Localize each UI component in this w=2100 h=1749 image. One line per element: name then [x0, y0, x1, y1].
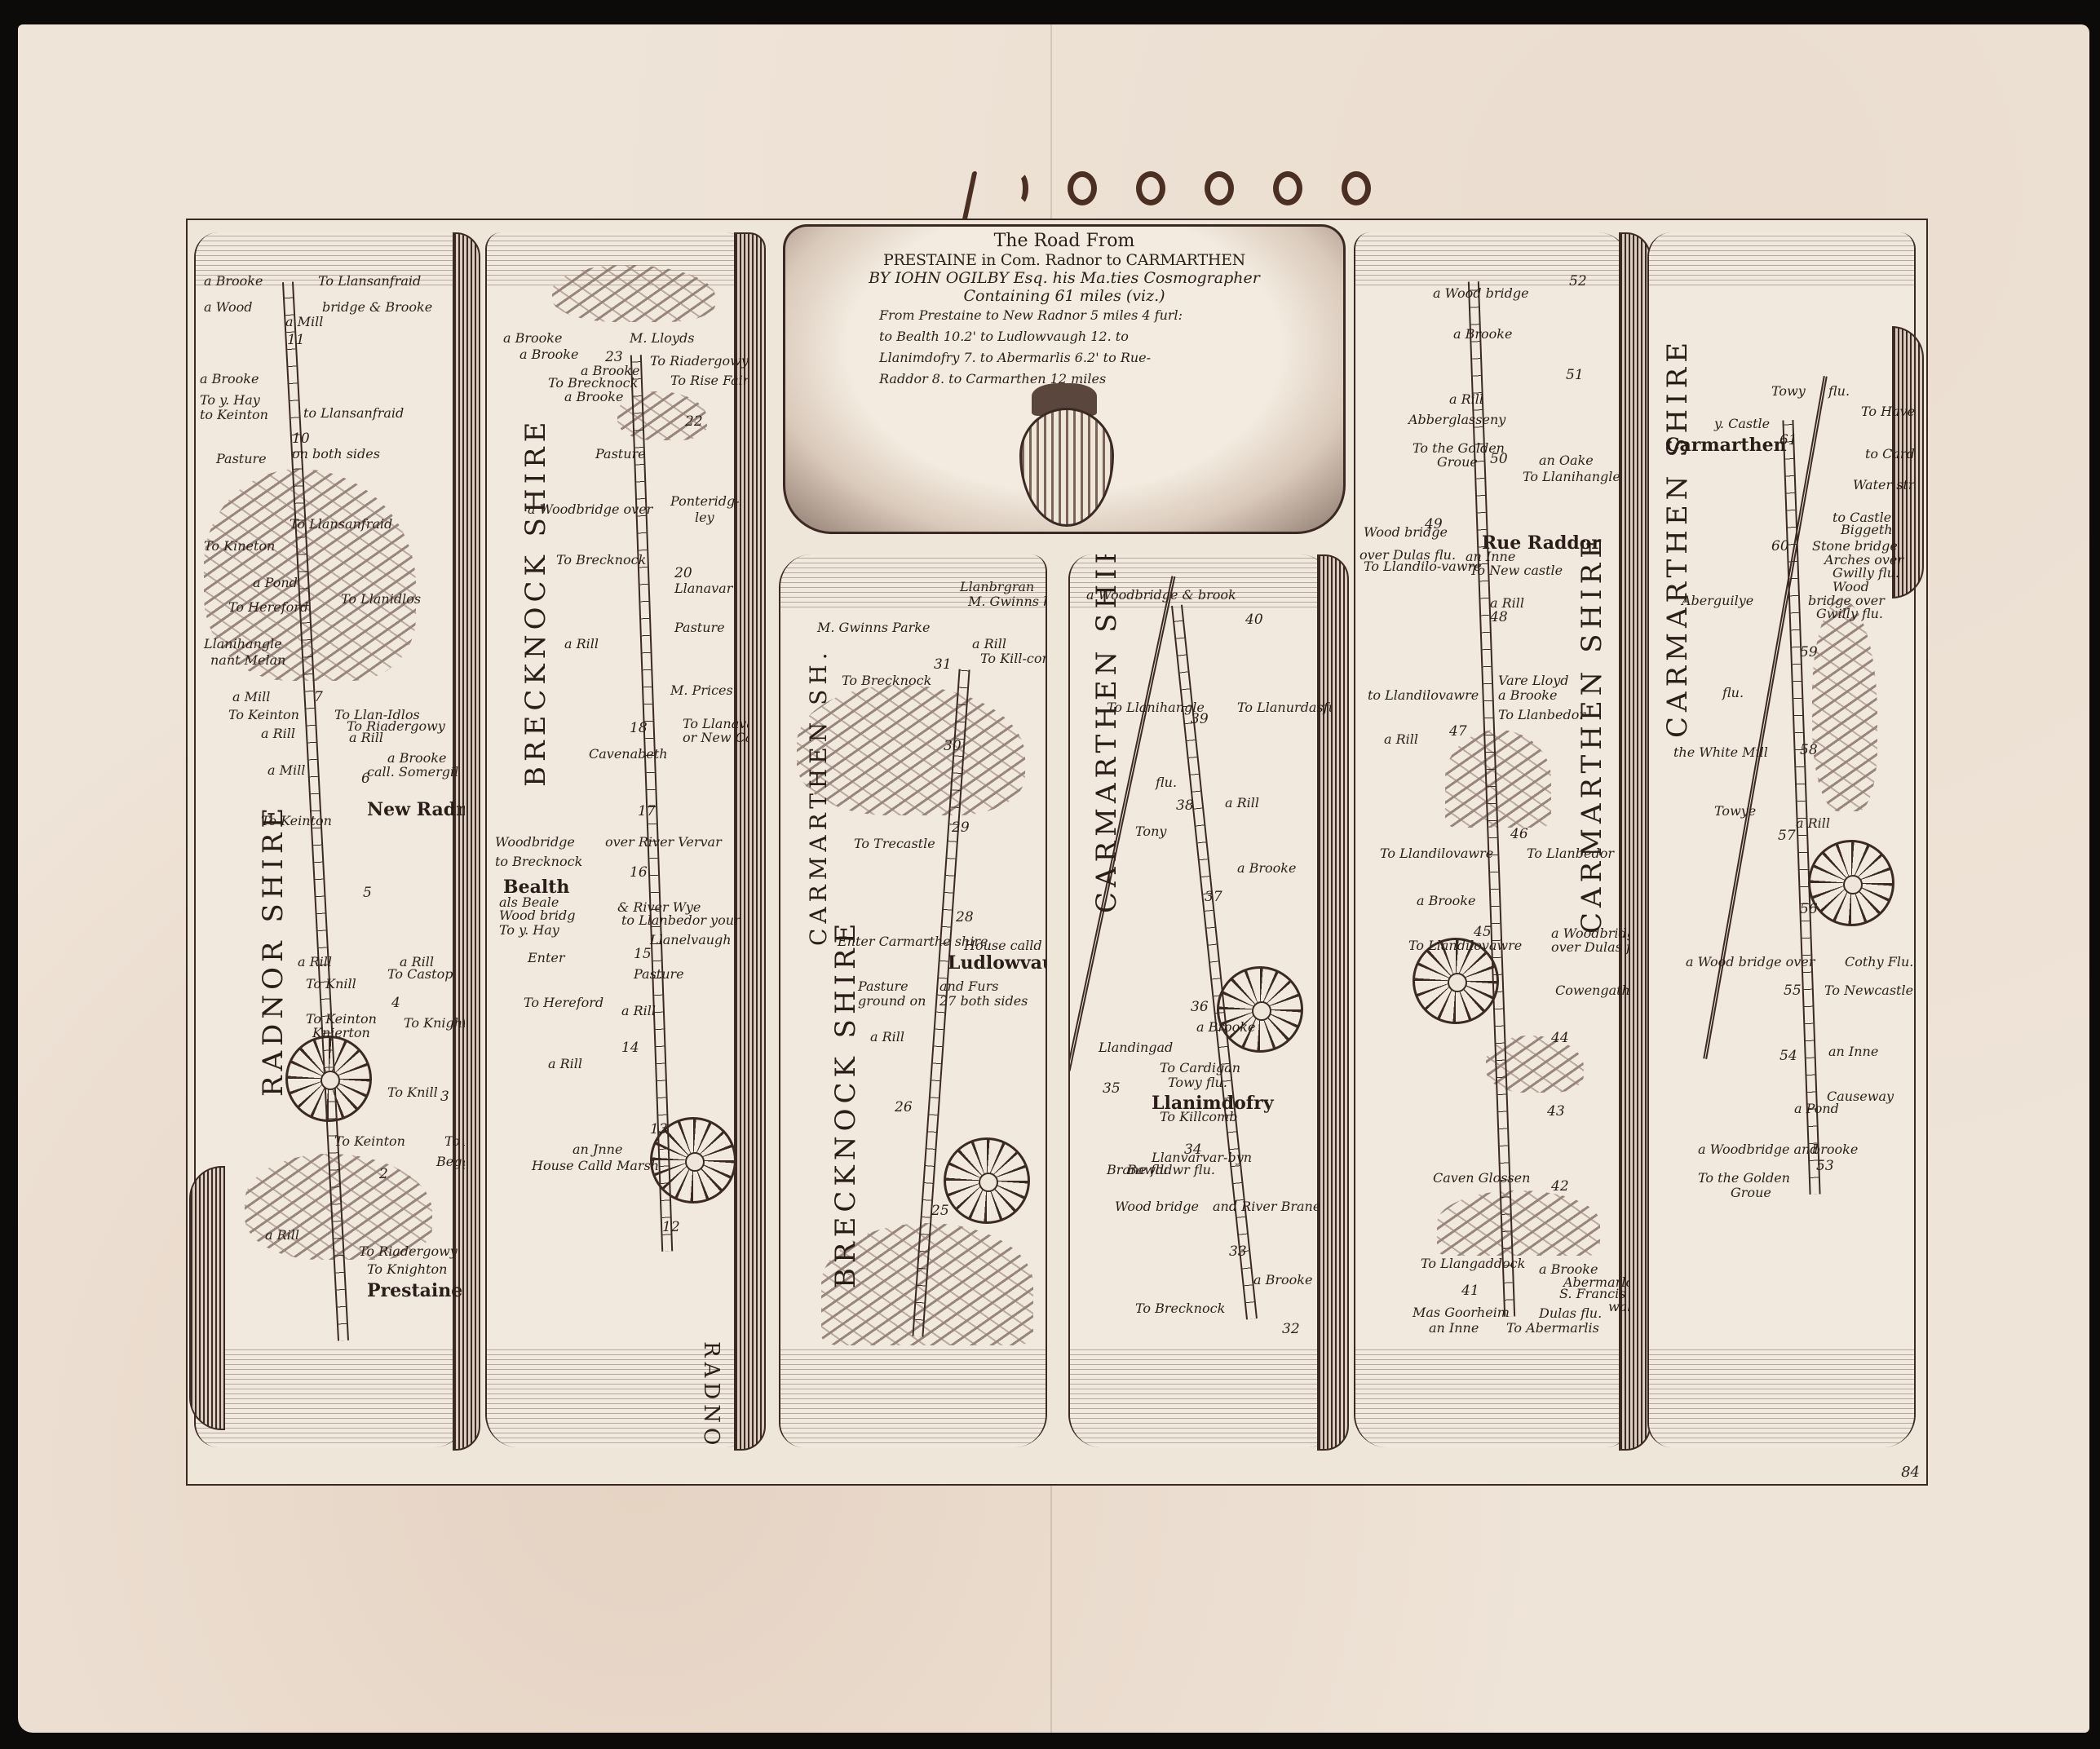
place-label: a Wood bridge [1433, 285, 1529, 301]
mile-marker: 52 [1569, 273, 1587, 289]
town-label: New Radnor [367, 799, 466, 820]
place-label: Cowengathbury [1555, 983, 1630, 998]
place-label: Enter [528, 950, 565, 965]
road-strip-6: CARMARTHEN SHIRE Towyflu.To Haver fordy.… [1647, 232, 1916, 1447]
place-label: To Kill-comb [980, 651, 1047, 666]
place-label: To y. Hay [200, 392, 260, 408]
mile-marker: 4 [391, 995, 400, 1011]
place-label: over River Vervar [605, 834, 722, 850]
place-label: a Woodbridge & brook [1086, 587, 1236, 603]
place-label: House calld [964, 938, 1042, 953]
place-label: 27 both sides [939, 993, 1028, 1009]
compass-rose-icon [944, 1137, 1030, 1224]
place-label: Mas Goorheim [1413, 1305, 1510, 1320]
place-label: a Rill [972, 636, 1006, 651]
place-label: a Brooke [1498, 687, 1557, 703]
place-label: To Killcomb [1160, 1109, 1237, 1124]
length-line: Containing 61 miles (viz.) [864, 287, 1264, 305]
place-label: Towy [1771, 383, 1806, 399]
place-label: To Knill [306, 976, 356, 992]
place-label: To Knill [387, 1084, 438, 1100]
place-label: a Mill [285, 314, 323, 329]
place-label: To Riadergowy [650, 353, 749, 369]
place-label: Aberguilye [1682, 593, 1753, 608]
place-label: flu. [1156, 775, 1177, 790]
mile-marker: 5 [363, 885, 372, 901]
place-label: nant Melan [210, 652, 285, 668]
mile-marker: 58 [1800, 742, 1818, 758]
mile-marker: 59 [1800, 644, 1818, 660]
place-label: a Rill [349, 730, 383, 745]
place-label: To Knighton [444, 1133, 466, 1149]
place-label: Groue [1731, 1185, 1771, 1200]
place-label: To Llanihangle [1523, 469, 1620, 484]
place-label: To Trecastle [854, 836, 935, 851]
mile-marker: 60 [1771, 538, 1789, 554]
place-label: a Brooke [503, 330, 562, 346]
title-cartouche: The Road From PRESTAINE in Com. Radnor t… [783, 224, 1346, 534]
mile-marker: 55 [1784, 983, 1802, 999]
road-strip-2: BRECKNOCK SHIRE RADNOR a Brookea BrookeM… [485, 232, 749, 1447]
place-label: To Rise Fair [670, 373, 749, 388]
place-label: on both sides [292, 446, 380, 462]
place-label: and Furs [939, 978, 998, 994]
mile-marker: 15 [634, 946, 652, 962]
ink-stain [1136, 171, 1165, 205]
ink-stain [1068, 171, 1097, 205]
mile-marker: 13 [650, 1121, 668, 1137]
place-label: Dulas flu. [1539, 1305, 1602, 1321]
place-label: Pasture [858, 978, 909, 994]
place-label: Towye [1714, 803, 1756, 819]
place-label: To Llanbedor [1498, 707, 1585, 722]
place-label: a Woodbridge and [1698, 1142, 1819, 1157]
place-label: a Wood [204, 299, 253, 315]
place-label: Pasture [216, 451, 267, 466]
mile-marker: 22 [685, 413, 703, 430]
place-label: To Knighton [367, 1261, 447, 1277]
road-line [1782, 420, 1820, 1195]
place-label: a Rill [1796, 815, 1830, 831]
mile-marker: 11 [287, 332, 305, 348]
place-label: To Llangaddock [1421, 1256, 1525, 1271]
mile-marker: 16 [630, 864, 648, 881]
mile-marker: 39 [1191, 711, 1209, 727]
title-line-1: The Road From [864, 231, 1264, 251]
place-label: M. Gwinns Parke [817, 620, 930, 635]
place-label: Wood bridg [499, 908, 575, 923]
place-label: To the Golden [1698, 1170, 1790, 1186]
place-label: over Dulas flu. [1551, 939, 1630, 955]
road-strip-3: BRECKNOCK SHIRE CARMARTHEN SH. Llanbrgra… [779, 554, 1047, 1447]
county-name-secondary: CARMARTHEN SH. [805, 647, 832, 946]
mile-marker: 48 [1490, 609, 1508, 625]
scroll-curl [734, 232, 766, 1451]
place-label: a Brooke [204, 273, 263, 289]
author-line: BY IOHN OGILBY Esq. his Ma.ties Cosmogra… [864, 269, 1264, 287]
scroll-curl [1619, 232, 1651, 1451]
place-label: y. Castle [1714, 416, 1770, 431]
place-label: or New Castle [683, 730, 749, 745]
place-label: a Rill [261, 726, 295, 741]
place-label: to Llansanfraid [303, 405, 404, 421]
place-label: To Hereford [524, 995, 603, 1010]
place-label: To Brecknock [1135, 1301, 1225, 1316]
place-label: Pasture [634, 966, 684, 982]
road-strip-4: CARMARTHEN SHIRE a Woodbridge & brook40T… [1068, 554, 1333, 1447]
place-label: wallis [1608, 1299, 1630, 1314]
mile-marker: 20 [674, 565, 692, 581]
place-label: Tony [1135, 824, 1166, 839]
place-label: To Keinton [261, 813, 332, 828]
place-label: House Calld Marsh [532, 1158, 659, 1173]
place-label: and River Brane [1213, 1199, 1320, 1214]
place-label: To Llansanfraid [318, 273, 421, 289]
place-label: Cavenabeth [589, 746, 668, 762]
place-label: Pasture [674, 620, 725, 635]
scroll-curl [1317, 554, 1349, 1451]
mile-marker: 44 [1551, 1030, 1569, 1046]
place-label: a Pond [253, 575, 298, 590]
ink-stain [1205, 171, 1234, 205]
place-label: To Knighton [404, 1015, 466, 1031]
place-label: a Mill [267, 762, 305, 778]
hills-icon [552, 265, 715, 322]
place-label: a Rill [564, 636, 599, 651]
place-label: a Rill [621, 1003, 656, 1018]
place-label: Abberglasseny [1408, 412, 1505, 427]
place-label: To Haver ford [1861, 404, 1916, 419]
place-label: To Llanbedor [1527, 846, 1614, 861]
place-label: To Hereford [228, 599, 308, 615]
plate-number: 84 [1901, 1464, 1920, 1481]
itinerary-line: Llanimdofry 7. to Abermarlis 6.2' to Rue… [864, 347, 1264, 369]
place-label: ground on [858, 993, 926, 1009]
compass-rose-icon [1217, 966, 1303, 1053]
county-name: BRECKNOCK SHIRE [829, 919, 862, 1288]
mile-marker: 56 [1800, 901, 1818, 917]
place-label: Beggers bush [436, 1154, 466, 1169]
road-strip-5: CARMARTHEN SHIRE 52a Wood bridgea Brooke… [1354, 232, 1630, 1447]
place-label: To Brecknock [556, 552, 646, 568]
place-label: Pasture [595, 446, 646, 462]
place-label: a Brooke [1453, 326, 1512, 342]
county-name: CARMARTHEN SHIRE [1576, 533, 1608, 934]
place-label: M. Prices [670, 682, 733, 698]
place-label: a Rill [870, 1029, 904, 1045]
place-label: Llanavar [674, 581, 732, 596]
mile-marker: 34 [1184, 1142, 1202, 1158]
place-label: Biggeth [1841, 522, 1893, 537]
mile-marker: 28 [956, 909, 974, 925]
place-label: to Keinton [200, 407, 268, 422]
place-label: Woodbridge [495, 834, 575, 850]
itinerary-line: to Bealth 10.2' to Ludlowvaugh 12. to [864, 326, 1264, 347]
place-label: Caven Glossen [1433, 1170, 1530, 1186]
place-label: To Brecknock [842, 673, 931, 688]
county-name: CARMARTHEN SHIRE [1661, 338, 1694, 738]
place-label: To Abermarlis [1506, 1320, 1599, 1336]
place-label: to Llanbedor your [621, 912, 741, 928]
mile-marker: 35 [1103, 1080, 1121, 1097]
mile-marker: 57 [1778, 828, 1796, 844]
place-label: a Rill [1384, 731, 1418, 747]
mile-marker: 31 [934, 656, 952, 673]
place-label: flu. [1722, 685, 1744, 700]
place-label: Vare Lloyd [1498, 673, 1568, 688]
mile-marker: 3 [440, 1089, 449, 1105]
place-label: Wood bridge [1115, 1199, 1199, 1214]
hills-icon [1812, 599, 1877, 811]
mile-marker: 54 [1779, 1048, 1797, 1064]
place-label: brooke [1812, 1142, 1858, 1157]
mile-marker: 2 [379, 1166, 388, 1182]
place-label: To Kineton [204, 538, 275, 554]
mile-marker: 26 [895, 1099, 913, 1115]
county-name-secondary: RADNOR [699, 1341, 723, 1447]
place-label: a Rill [1225, 795, 1259, 810]
town-label: Prestaine [367, 1280, 462, 1301]
place-label: To Llanidlos [341, 591, 421, 607]
place-label: Knierton [312, 1025, 370, 1040]
mile-marker: 37 [1205, 889, 1222, 905]
mile-marker: 14 [621, 1040, 639, 1056]
place-label: a Brooke [519, 347, 578, 362]
ink-stain [1342, 171, 1371, 205]
place-label: To Llandilo-vawre [1364, 559, 1482, 574]
scroll-curl [453, 232, 480, 1451]
mile-marker: 43 [1547, 1103, 1565, 1120]
mile-marker: 7 [314, 689, 323, 705]
place-label: an Jnne [573, 1142, 622, 1157]
mile-marker: 30 [944, 738, 962, 754]
place-label: call. Somergil [367, 764, 458, 780]
hills-icon [1437, 1190, 1600, 1256]
place-label: M. Gwinns house [968, 594, 1047, 609]
place-label: a Brooke [1417, 893, 1475, 908]
place-label: To Keinton [228, 707, 299, 722]
cartouche-text: The Road From PRESTAINE in Com. Radnor t… [864, 231, 1264, 390]
compass-rose-icon [1808, 840, 1894, 926]
scroll-curl-left [189, 1166, 225, 1430]
county-name: BRECKNOCK SHIRE [519, 417, 552, 787]
mile-marker: 40 [1245, 612, 1263, 628]
place-label: a Rill [548, 1056, 582, 1071]
place-label: To y. Hay [499, 922, 559, 938]
place-label: To Llandilovawre [1380, 846, 1493, 861]
place-label: Llanihangle [204, 636, 282, 651]
mile-marker: 41 [1461, 1283, 1479, 1299]
place-label: Llandingad [1099, 1040, 1173, 1055]
place-label: To Newcastle [1824, 983, 1913, 998]
place-label: to Llandilovawre [1368, 687, 1479, 703]
place-label: Wood bridge [1364, 524, 1448, 540]
mile-marker: 53 [1816, 1158, 1834, 1174]
place-label: a Brooke [200, 371, 259, 386]
place-label: To Castop [387, 966, 453, 982]
place-label: a Brooke [1237, 860, 1296, 876]
town-label: Ludlowvaugh [948, 952, 1047, 974]
place-label: Gwilly flu. [1816, 606, 1883, 621]
place-label: a Brooke [564, 389, 623, 404]
place-label: to Cardigan [1865, 446, 1916, 462]
place-label: an Inne [1429, 1320, 1479, 1336]
place-label: To Llansanfraid [290, 516, 392, 532]
place-label: a Rill [298, 954, 332, 969]
place-label: to Brecknock [495, 854, 582, 869]
hills-icon [1445, 730, 1551, 828]
place-label: the White Mill [1673, 744, 1768, 760]
place-label: an Oake [1539, 453, 1594, 468]
place-label: To Riadergowy [359, 1243, 458, 1259]
mile-marker: 46 [1510, 826, 1528, 842]
place-label: bridge & Brooke [322, 299, 432, 315]
ink-stain [1010, 171, 1028, 205]
place-label: a Wood bridge over [1686, 954, 1815, 969]
place-label: To Cardigan [1160, 1060, 1240, 1075]
place-label: ley [695, 510, 714, 525]
place-label: Causeway [1827, 1089, 1894, 1104]
county-name: CARMARTHEN SHIRE [1090, 554, 1123, 913]
place-label: Groue [1437, 454, 1478, 470]
place-label: Towy flu. [1168, 1075, 1227, 1090]
place-label: Llanelvaugh [650, 932, 732, 947]
place-label: To Keinton [334, 1133, 405, 1149]
mile-marker: 33 [1229, 1243, 1247, 1260]
place-label: a Brooke [1253, 1272, 1312, 1287]
mile-marker: 17 [638, 803, 656, 819]
place-label: a Mill [232, 689, 270, 704]
place-label: To Llanurdasfu [1237, 700, 1333, 715]
town-label: Carmarthen [1665, 435, 1787, 456]
place-label: M. Lloyds [630, 330, 694, 346]
mile-marker: 47 [1449, 723, 1467, 740]
compass-rose-icon [285, 1036, 372, 1122]
place-label: flu. [1828, 383, 1850, 399]
place-label: a Woodbridge over [528, 501, 652, 517]
place-label: To New castle [1470, 563, 1563, 578]
place-label: a Brooke [1196, 1019, 1255, 1035]
mile-marker: 36 [1191, 999, 1209, 1015]
place-label: To Llandilovawre [1408, 938, 1522, 953]
mile-marker: 25 [931, 1203, 949, 1219]
mile-marker: 18 [630, 720, 648, 736]
place-label: an Inne [1828, 1044, 1878, 1059]
title-line-2: PRESTAINE in Com. Radnor to CARMARTHEN [864, 251, 1264, 269]
mile-marker: 51 [1566, 367, 1584, 383]
place-label: a Rill [265, 1227, 299, 1243]
ink-stain [1273, 171, 1302, 205]
mile-marker: 29 [952, 819, 970, 836]
mile-marker: 10 [292, 431, 310, 447]
itinerary-line: From Prestaine to New Radnor 5 miles 4 f… [864, 305, 1264, 326]
road-strip-1: RADNOR SHIRE a BrookeTo Llansanfraida Wo… [194, 232, 466, 1447]
mile-marker: 50 [1490, 451, 1508, 467]
mile-marker: 12 [662, 1219, 680, 1235]
mile-marker: 38 [1176, 797, 1194, 814]
place-label: a Rill [1449, 391, 1483, 407]
county-name: RADNOR SHIRE [257, 803, 290, 1097]
mile-marker: 42 [1551, 1178, 1569, 1195]
place-label: To Llanihangle [1107, 700, 1205, 715]
mile-marker: 61 [1779, 432, 1797, 448]
place-label: Water street [1853, 477, 1916, 492]
mile-marker: 32 [1282, 1321, 1300, 1337]
place-label: Cothy Flu. [1845, 954, 1913, 969]
place-label: Llanbrgran [960, 579, 1034, 594]
place-label: Ponteridg- [670, 493, 740, 509]
